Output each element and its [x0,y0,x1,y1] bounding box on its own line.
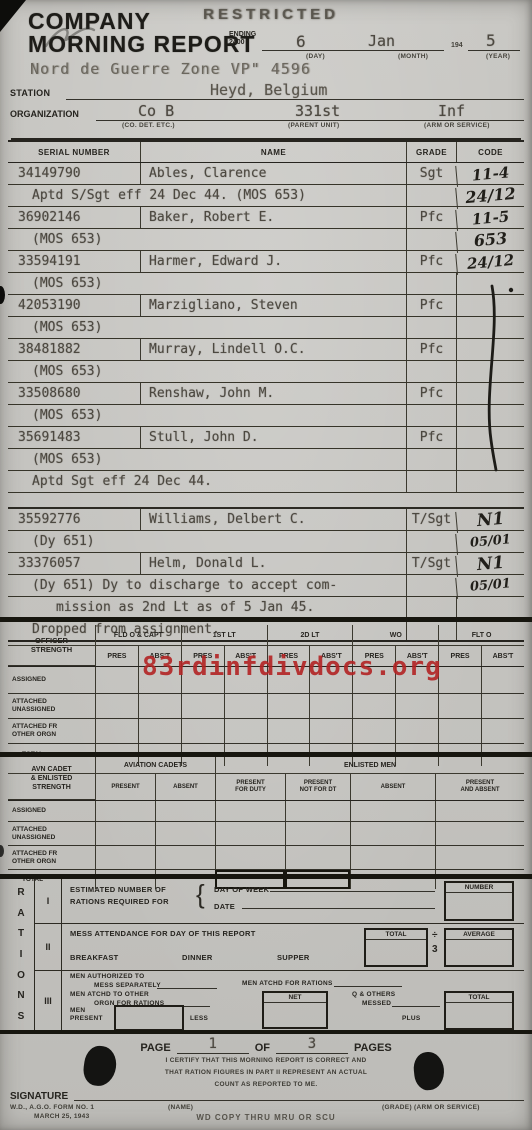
remark-cell: mission as 2nd Lt as of 5 Jan 45. [8,597,406,618]
serial-cell: 33508680 [8,383,140,404]
table-row: (MOS 653) [8,273,524,295]
scanned-morning-report: RESTRICTED COMPANY MORNING REPORT ENDING… [0,0,532,1130]
section-divider [0,617,532,622]
fill-line [157,974,217,989]
remark-cell: Aptd S/Sgt eff 24 Dec 44. (MOS 653) [8,185,406,206]
grid-cell [481,719,524,743]
q-and-others-label: Q & OTHERS [352,991,395,998]
table-row: 38481882 Murray, Lindell O.C. Pfc [8,339,524,361]
handwritten-ditto-line [478,280,522,474]
grid-cell [438,667,481,693]
cadet-row-attached-unassigned: ATTACHED UNASSIGNED [8,822,524,846]
remark-cell: (Dy 651) [8,531,406,552]
total-box-2: TOTAL [444,991,514,1030]
section-divider [0,1030,532,1034]
grid-cell [215,822,285,845]
grid-cell [155,801,215,821]
station-value: Heyd, Belgium [210,81,327,99]
code-cell [456,493,524,507]
pages-label: PAGES [354,1042,392,1054]
col-present-for-duty: PRESENT FOR DUTY [215,774,285,800]
wd-copy-note: WD COPY THRU MRU OR SCU [0,1113,532,1122]
men-present-label: MEN PRESENT [70,1007,103,1023]
grade-cell [406,471,456,492]
table-row: 35592776 Williams, Delbert C. T/Sgt N1 [8,509,524,531]
page-num-fill: 1 [177,1035,249,1054]
grade-cell: Pfc [406,251,456,272]
remark-cell: (MOS 653) [8,449,406,470]
grid-cell [285,846,350,869]
year-prefix: 194 [451,42,463,49]
day-of-week-fill [270,877,435,892]
grid-cell [138,694,181,718]
section-i: I [35,879,61,924]
fill-line [392,992,440,1007]
serial-cell: 38481882 [8,339,140,360]
mess-separately-label: MESS SEPARATELY [94,982,161,989]
page-number: 1 [208,1036,216,1052]
table-row: (MOS 653) [8,449,524,471]
grid-cell [395,694,438,718]
divide-symbol: ÷ [432,930,438,941]
col-header-grade: GRADE [406,142,456,162]
table-row: 36902146 Baker, Robert E. Pfc 11-5 [8,207,524,229]
grid-cell [95,719,138,743]
pencil-scribble [42,20,98,50]
table-row: 33594191 Harmer, Edward J. Pfc 24/12 [8,251,524,273]
table-row-blank [8,493,524,509]
section-iii: III [35,971,61,1030]
grid-cell [95,801,155,821]
page-number-line: PAGE 1 OF 3 PAGES [0,1035,532,1054]
remark-cell: (MOS 653) [8,273,406,294]
grid-cell [395,719,438,743]
col-header-code: CODE [456,142,524,162]
enlisted-strength-table: AVN CADET & ENLISTED STRENGTH AVIATION C… [8,757,524,889]
remark-cell: (MOS 653) [8,229,406,250]
month-label: (MONTH) [398,53,428,60]
rations-vertical-label: R A T I O N S [8,879,35,1030]
grade-cell [406,229,456,250]
table-row: (MOS 653) [8,317,524,339]
group-flt-o: FLT O [438,625,524,645]
supper-label: SUPPER [277,953,310,962]
plus-label: PLUS [402,1015,421,1022]
serial-cell: 35691483 [8,427,140,448]
org-parent-value: 331st [295,102,340,120]
name-caption: (NAME) [168,1104,193,1111]
month-value: Jan [368,32,395,50]
grid-cell [95,667,138,693]
average-box: AVERAGE [444,928,514,967]
name-cell: Williams, Delbert C. [140,509,406,530]
grid-cell [352,694,395,718]
signature-label: SIGNATURE [10,1091,68,1102]
grid-cell [438,694,481,718]
breakfast-label: BREAKFAST [70,953,119,962]
grid-cell [350,801,435,821]
net-box: NET [262,991,328,1029]
name-cell: Harmer, Edward J. [140,251,406,272]
table-row: 34149790 Ables, Clarence Sgt 11-4 [8,163,524,185]
col-header-serial: SERIAL NUMBER [8,142,140,162]
table-row: Aptd Sgt eff 24 Dec 44. [8,471,524,493]
org-unit-label: (CO. DET. ETC.) [122,122,175,129]
abst-header: ABS'T [481,646,524,666]
remark-cell: (MOS 653) [8,317,406,338]
cadet-row-assigned: ASSIGNED [8,801,524,822]
table-row: (Dy 651) 05/01 [8,531,524,553]
men-present-box [114,1005,184,1031]
grade-cell [406,575,456,596]
officer-row-attached-unassigned: ATTACHED UNASSIGNED [8,694,524,719]
serial-cell: 36902146 [8,207,140,228]
officer-strength-label: OFFICER STRENGTH [8,625,95,666]
cadet-row-attached-fr: ATTACHED FR OTHER ORGN [8,846,524,870]
form-number: W.D., A.G.O. FORM NO. 1 [10,1104,94,1111]
grid-cell [285,822,350,845]
day-value: 6 [296,32,306,51]
org-unit-value: Co B [138,102,174,120]
officer-row-attached-fr: ATTACHED FR OTHER ORGN [8,719,524,744]
col-present-not-for-duty: PRESENT NOT FOR DT [285,774,350,800]
grid-cell [309,719,352,743]
cadet-strength-label: AVN CADET & ENLISTED STRENGTH [8,757,95,800]
grid-cell [435,801,524,821]
cert-line: I CERTIFY THAT THIS MORNING REPORT IS CO… [0,1055,532,1067]
cert-line: THAT RATION FIGURES IN PART II REPRESENT… [0,1067,532,1079]
code-cell [456,471,524,492]
station-label: STATION [10,88,50,98]
table-row: (MOS 653) [8,405,524,427]
day-of-week-label: DAY OF WEEK [214,885,269,894]
men-atchd-other-label: MEN ATCHD TO OTHER [70,991,149,998]
table-row: mission as 2nd Lt as of 5 Jan 45. [8,597,524,619]
grade-cell: T/Sgt [406,553,456,574]
grid-cell [181,694,224,718]
grade-cell: Pfc [406,295,456,316]
men-authorized-label: MEN AUTHORIZED TO [70,973,144,980]
row-label: ATTACHED UNASSIGNED [8,822,95,845]
grade-cell: Pfc [406,427,456,448]
grade-arm-caption: (GRADE) (ARM OR SERVICE) [382,1104,480,1111]
website-watermark: 83rdinfdivdocs.org [142,652,442,682]
grade-cell [406,493,456,507]
col-absent-em: ABSENT [350,774,435,800]
table-row: 33376057 Helm, Donald L. T/Sgt N1 [8,553,524,575]
signature-line [74,1084,524,1101]
serial-cell: 33594191 [8,251,140,272]
grid-cell [95,822,155,845]
code-cell [456,597,524,618]
serial-cell: 42053190 [8,295,140,316]
org-arm-label: (ARM OR SERVICE) [424,122,490,129]
code-handwritten: 05/01 [455,572,525,599]
pages-total: 3 [308,1036,316,1052]
serial-cell: 34149790 [8,163,140,184]
less-label: LESS [190,1015,208,1022]
code-handwritten: 24/12 [455,248,525,275]
section-ii: II [35,924,61,971]
date-fill [242,894,435,909]
pres-header: PRES [438,646,481,666]
grade-cell [406,317,456,338]
name-cell: Baker, Robert E. [140,207,406,228]
org-parent-label: (PARENT UNIT) [288,122,339,129]
number-box: NUMBER [444,881,514,921]
table-row: (Dy 651) Dy to discharge to accept com- … [8,575,524,597]
remark-cell: (Dy 651) Dy to discharge to accept com- [8,575,406,596]
serial-cell: 33376057 [8,553,140,574]
pres-header: PRES [95,646,138,666]
table-row: 33508680 Renshaw, John M. Pfc [8,383,524,405]
group-aviation-cadets: AVIATION CADETS [95,757,215,773]
grid-cell [438,719,481,743]
grid-cell [95,846,155,869]
day-label: (DAY) [306,53,325,60]
group-enlisted-men: ENLISTED MEN [215,757,524,773]
col-present: PRESENT [95,774,155,800]
estimated-label-1: ESTIMATED NUMBER OF [70,885,166,894]
group-1st-lt: 1ST LT [181,625,267,645]
roster-table: SERIAL NUMBER NAME GRADE CODE 34149790 A… [8,140,524,642]
grid-cell [285,801,350,821]
grid-cell [215,801,285,821]
total-box: TOTAL [364,928,428,967]
rations-content: ESTIMATED NUMBER OF RATIONS REQUIRED FOR… [62,879,524,1030]
grid-cell [155,822,215,845]
serial-cell: 35592776 [8,509,140,530]
men-atchd-rations-label: MEN ATCHD FOR RATIONS [242,980,333,987]
table-row: 35691483 Stull, John D. Pfc [8,427,524,449]
name-cell: Renshaw, John M. [140,383,406,404]
date-label: DATE [214,902,235,911]
col-present-and-absent: PRESENT AND ABSENT [435,774,524,800]
divide-value: 3 [432,944,438,955]
grid-cell [352,719,395,743]
officer-strength-table: OFFICER STRENGTH FLD O & CAPT 1ST LT 2D … [8,625,524,766]
rations-section-numbers: I II III [35,879,62,1030]
coordinates-line: Nord de Guerre Zone VP" 4596 [30,60,311,78]
roster-header-row: SERIAL NUMBER NAME GRADE CODE [8,142,524,163]
of-label: OF [255,1042,270,1054]
grid-cell [181,719,224,743]
brace-glyph: { [196,879,205,910]
grade-cell [406,273,456,294]
name-cell: Marzigliano, Steven [140,295,406,316]
remark-cell: Aptd Sgt eff 24 Dec 44. [8,471,406,492]
table-row: (MOS 653) 653 [8,229,524,251]
row-label: ATTACHED UNASSIGNED [8,694,95,718]
messed-label: MESSED [362,1000,391,1007]
ending-2400-label: ENDING 2400 [229,31,256,47]
grid-cell [155,846,215,869]
rations-sec2: MESS ATTENDANCE FOR DAY OF THIS REPORT B… [62,924,524,971]
fill-line [334,972,402,987]
grade-cell: Pfc [406,207,456,228]
grid-cell [267,719,310,743]
name-cell: Ables, Clarence [140,163,406,184]
pages-total-fill: 3 [276,1035,348,1054]
grade-cell [406,597,456,618]
grid-cell [215,846,285,869]
grade-cell: T/Sgt [406,509,456,530]
grid-cell [350,822,435,845]
restricted-stamp: RESTRICTED [203,6,339,23]
row-label: ASSIGNED [8,667,95,693]
grade-cell [406,405,456,426]
table-row: (MOS 653) [8,361,524,383]
remark-cell: (MOS 653) [8,361,406,382]
row-label: ATTACHED FR OTHER ORGN [8,846,95,869]
rations-sec1: ESTIMATED NUMBER OF RATIONS REQUIRED FOR… [62,879,524,924]
grid-cell [309,694,352,718]
dinner-label: DINNER [182,953,213,962]
group-fldo-capt: FLD O & CAPT [95,625,181,645]
grid-cell [350,846,435,869]
year-label: (YEAR) [486,53,510,60]
grade-cell [406,361,456,382]
name-cell: Helm, Donald L. [140,553,406,574]
date-fill-line [262,30,444,51]
estimated-label-2: RATIONS REQUIRED FOR [70,897,169,906]
name-cell: Murray, Lindell O.C. [140,339,406,360]
grid-cell [435,846,524,869]
group-wo: WO [352,625,438,645]
grid-cell [267,694,310,718]
col-header-name: NAME [140,142,406,162]
rations-sec3: MEN AUTHORIZED TO MESS SEPARATELY MEN AT… [62,971,524,1028]
col-absent: ABSENT [155,774,215,800]
grid-cell [435,822,524,845]
organization-label: ORGANIZATION [10,109,79,119]
grade-cell [406,531,456,552]
grade-cell: Pfc [406,383,456,404]
grade-cell: Pfc [406,339,456,360]
grid-cell [95,694,138,718]
remark-cell: (MOS 653) [8,405,406,426]
mess-attendance-label: MESS ATTENDANCE FOR DAY OF THIS REPORT [70,929,256,938]
remark-cell [8,493,406,507]
org-arm-value: Inf [438,102,465,120]
table-row: Aptd S/Sgt eff 24 Dec 44. (MOS 653) 24/1… [8,185,524,207]
table-row: 42053190 Marzigliano, Steven Pfc [8,295,524,317]
year-value: 5 [486,31,496,50]
row-label: ASSIGNED [8,801,95,821]
page-label: PAGE [140,1042,170,1054]
group-2d-lt: 2D LT [267,625,353,645]
grade-cell: Sgt [406,163,456,184]
grade-cell [406,185,456,206]
grid-cell [481,667,524,693]
row-label: ATTACHED FR OTHER ORGN [8,719,95,743]
rations-section: R A T I O N S I II III ESTIMATED NUMBER … [8,879,524,1030]
grid-cell [481,694,524,718]
grade-cell [406,449,456,470]
grid-cell [224,694,267,718]
grid-cell [224,719,267,743]
name-cell: Stull, John D. [140,427,406,448]
grid-cell [138,719,181,743]
